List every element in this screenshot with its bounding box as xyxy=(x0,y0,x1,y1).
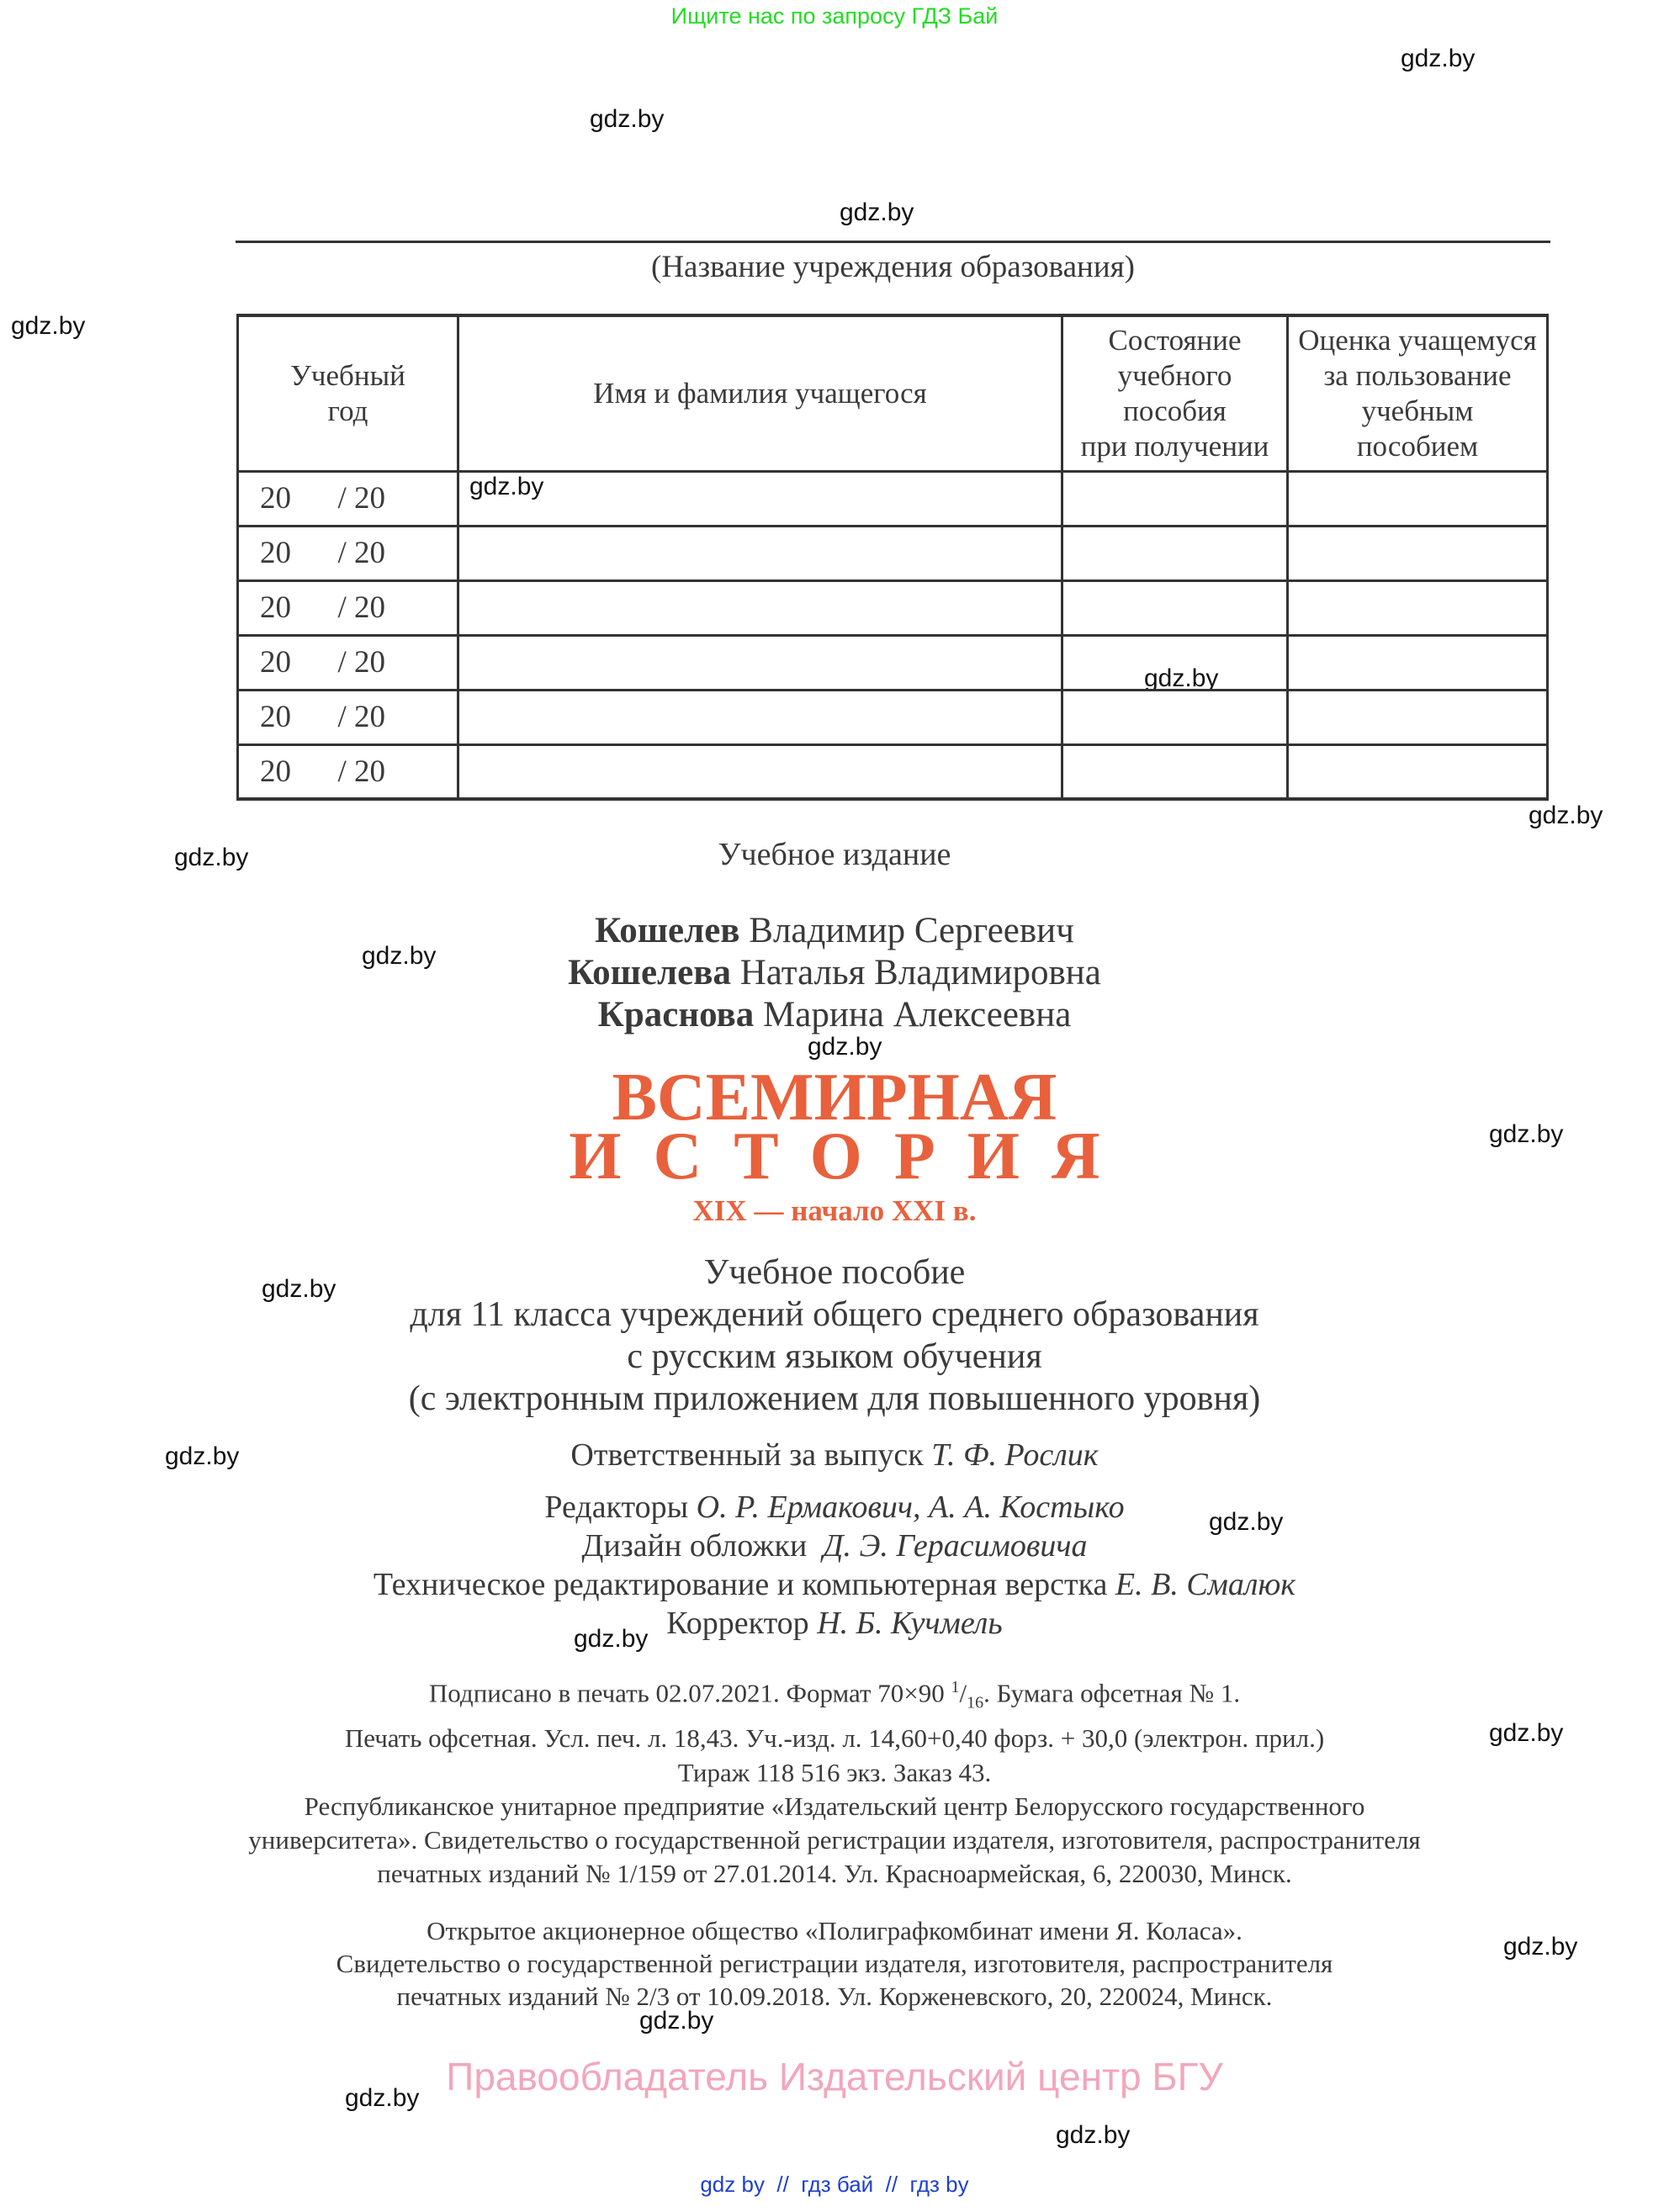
author-given-names: Марина Алексеевна xyxy=(763,995,1071,1035)
author-given-names: Владимир Сергеевич xyxy=(749,911,1074,950)
book-description: Учебное пособие для 11 класса учреждений… xyxy=(0,1252,1669,1420)
watermark: gdz.by xyxy=(808,1035,882,1060)
description-line: Учебное пособие xyxy=(0,1252,1669,1294)
table-row: 20 / 20 xyxy=(238,635,1548,690)
print-info: Подписано в печать 02.07.2021. Формат 70… xyxy=(0,1670,1669,1790)
printer-info: Открытое акционерное общество «Полиграфк… xyxy=(0,1914,1669,2013)
header-grade: Оценка учащемуся за пользование учебным … xyxy=(1288,315,1548,471)
format-fraction-numerator: 1 xyxy=(951,1678,959,1696)
table-row: 20 / 20 xyxy=(238,526,1548,580)
description-line: для 11 класса учреждений общего среднего… xyxy=(0,1294,1669,1336)
condition-cell[interactable] xyxy=(1062,744,1288,799)
rightsholder-watermark: Правообладатель Издательский центр БГУ xyxy=(0,2054,1669,2099)
year-cell: 20 / 20 xyxy=(238,744,458,799)
watermark: gdz.by xyxy=(840,200,914,225)
watermark: gdz.by xyxy=(1401,46,1475,71)
grade-cell[interactable] xyxy=(1288,526,1548,580)
table-header-row: Учебный год Имя и фамилия учащегося Сост… xyxy=(238,315,1548,471)
grade-cell[interactable] xyxy=(1288,471,1548,526)
book-period: XIX — начало XXI в. xyxy=(0,1194,1669,1228)
watermark: gdz.by xyxy=(1529,803,1603,828)
editors-credit: Редакторы О. Р. Ермакович, А. А. Костыко xyxy=(0,1488,1669,1527)
footer-links[interactable]: gdz by // гдз бай // гдз by xyxy=(0,2172,1669,2198)
year-cell: 20 / 20 xyxy=(238,526,458,580)
grade-cell[interactable] xyxy=(1288,744,1548,799)
credit-name: Т. Ф. Рослик xyxy=(931,1437,1098,1473)
textbook-usage-table: Учебный год Имя и фамилия учащегося Сост… xyxy=(236,314,1549,801)
institution-name-line xyxy=(236,241,1550,243)
name-cell[interactable] xyxy=(458,526,1062,580)
print-info-line-3: Тираж 118 516 экз. Заказ 43. xyxy=(0,1755,1669,1790)
watermark: gdz.by xyxy=(1056,2123,1130,2148)
year-cell: 20 / 20 xyxy=(238,580,458,635)
condition-cell[interactable] xyxy=(1062,690,1288,744)
author: Кошелева Наталья Владимировна xyxy=(0,952,1669,994)
description-line: (с электронным приложением для повышенно… xyxy=(0,1378,1669,1420)
author: Краснова Марина Алексеевна xyxy=(0,994,1669,1036)
header-school-year: Учебный год xyxy=(238,315,458,471)
print-info-line-1: Подписано в печать 02.07.2021. Формат 70… xyxy=(0,1670,1669,1721)
name-cell[interactable] xyxy=(458,580,1062,635)
cover-design-credit: Дизайн обложки Д. Э. Герасимовича xyxy=(0,1527,1669,1565)
title-line-1: ВСЕМИРНАЯ xyxy=(0,1068,1669,1127)
name-cell[interactable] xyxy=(458,744,1062,799)
book-title: ВСЕМИРНАЯ ИСТОРИЯ xyxy=(0,1068,1669,1186)
grade-cell[interactable] xyxy=(1288,690,1548,744)
institution-caption: (Название учреждения образования) xyxy=(236,249,1550,285)
publisher-info: Республиканское унитарное предприятие «И… xyxy=(0,1790,1669,1891)
authors-list: Кошелев Владимир Сергеевич Кошелева Ната… xyxy=(0,910,1669,1036)
author-surname: Кошелев xyxy=(595,911,739,950)
author-surname: Кошелева xyxy=(568,953,731,992)
year-cell: 20 / 20 xyxy=(238,690,458,744)
author-surname: Краснова xyxy=(598,995,755,1035)
table-row: 20 / 20 xyxy=(238,580,1548,635)
staff-credits: Редакторы О. Р. Ермакович, А. А. Костыко… xyxy=(0,1488,1669,1643)
table-row: 20 / 20 xyxy=(238,471,1548,526)
table-row: 20 / 20 xyxy=(238,690,1548,744)
name-cell[interactable] xyxy=(458,635,1062,690)
name-cell[interactable] xyxy=(458,690,1062,744)
proofreader-credit: Корректор Н. Б. Кучмель xyxy=(0,1604,1669,1643)
table-row: 20 / 20 xyxy=(238,744,1548,799)
search-hint-banner: Ищите нас по запросу ГДЗ Бай xyxy=(0,3,1669,29)
header-condition: Состояние учебного пособия при получении xyxy=(1062,315,1288,471)
condition-cell[interactable] xyxy=(1062,526,1288,580)
author: Кошелев Владимир Сергеевич xyxy=(0,910,1669,952)
year-cell: 20 / 20 xyxy=(238,471,458,526)
grade-cell[interactable] xyxy=(1288,580,1548,635)
header-student-name: Имя и фамилия учащегося xyxy=(458,315,1062,471)
condition-cell[interactable] xyxy=(1062,580,1288,635)
edition-type: Учебное издание xyxy=(0,836,1669,873)
year-cell: 20 / 20 xyxy=(238,635,458,690)
title-line-2: ИСТОРИЯ xyxy=(569,1119,1131,1193)
condition-cell[interactable] xyxy=(1062,471,1288,526)
layout-credit: Техническое редактирование и компьютерна… xyxy=(0,1565,1669,1604)
credit-label: Ответственный за выпуск xyxy=(570,1437,923,1473)
description-line: с русским языком обучения xyxy=(0,1336,1669,1378)
responsible-editor: Ответственный за выпуск Т. Ф. Рослик xyxy=(0,1437,1669,1474)
condition-cell[interactable] xyxy=(1062,635,1288,690)
print-info-line-2: Печать офсетная. Усл. печ. л. 18,43. Уч.… xyxy=(0,1721,1669,1755)
grade-cell[interactable] xyxy=(1288,635,1548,690)
format-fraction-denominator: 16 xyxy=(967,1694,983,1712)
watermark: gdz.by xyxy=(590,107,664,132)
name-cell[interactable] xyxy=(458,471,1062,526)
watermark: gdz.by xyxy=(11,314,85,339)
author-given-names: Наталья Владимировна xyxy=(740,953,1101,992)
